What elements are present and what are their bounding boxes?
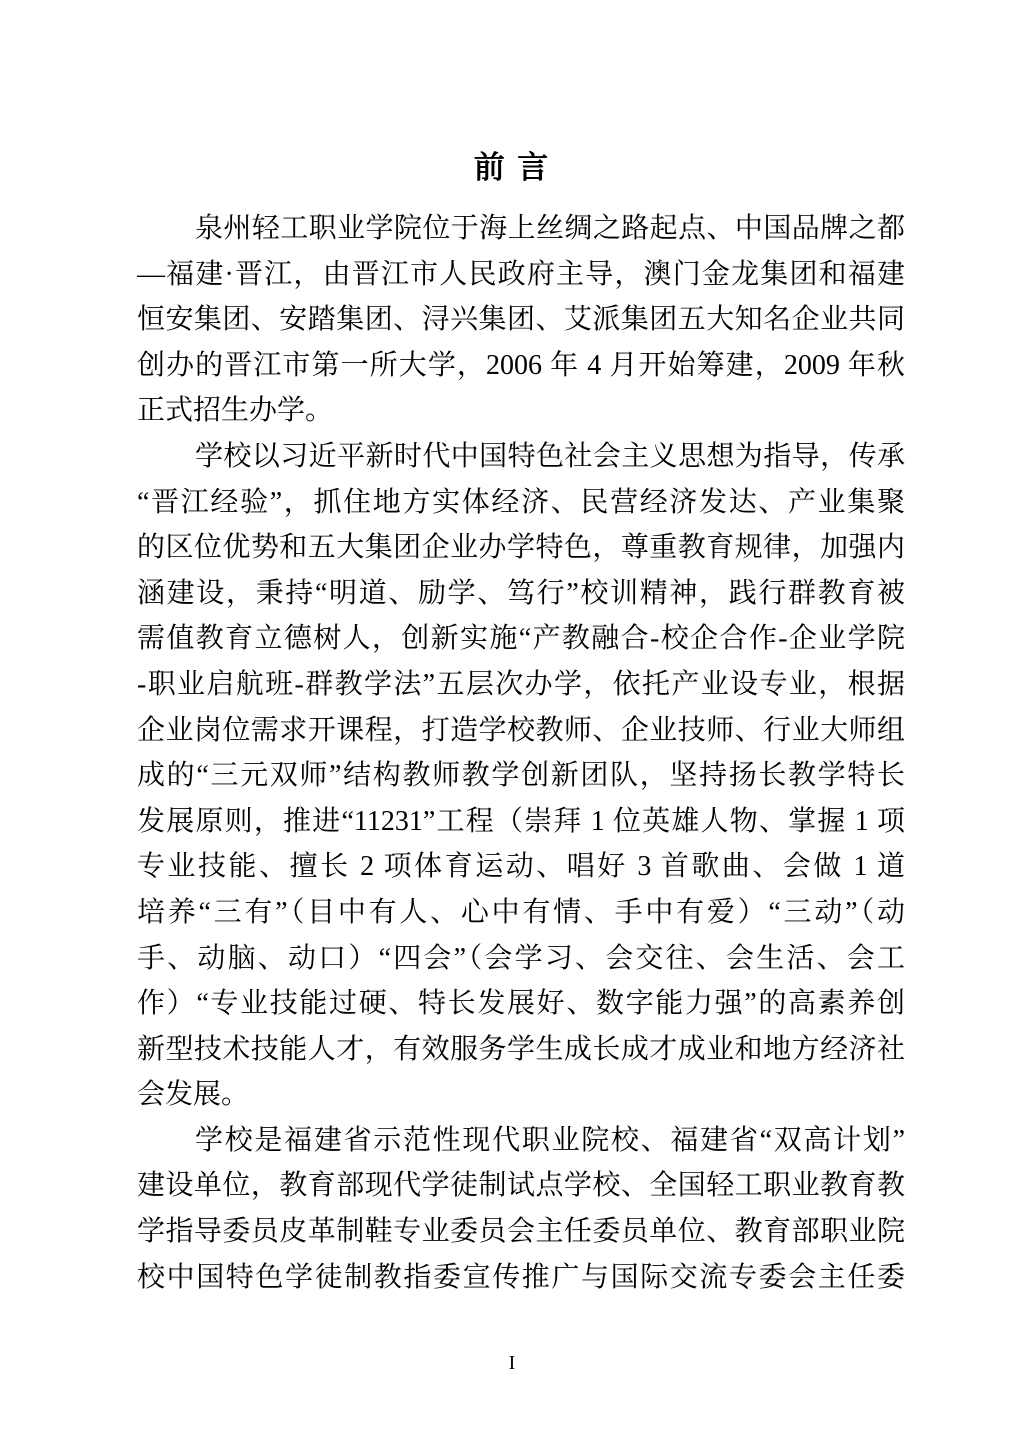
document-page: 前 言 泉州轻工职业学院位于海上丝绸之路起点、中国品牌之都—福建·晋江，由晋江市… — [0, 0, 1024, 1448]
paragraph: 学校以习近平新时代中国特色社会主义思想为指导，传承“晋江经验”，抓住地方实体经济… — [137, 434, 905, 1118]
text-line: 学指导委员皮革制鞋专业委员会主任委员单位、教育部职业院 — [137, 1209, 905, 1255]
text-line: 成的“三元双师”结构教师教学创新团队，坚持扬长教学特长 — [137, 753, 905, 799]
text-line: 创办的晋江市第一所大学，2006 年 4 月开始筹建，2009 年秋季 — [137, 343, 905, 389]
text-line: 泉州轻工职业学院位于海上丝绸之路起点、中国品牌之都 — [137, 206, 905, 252]
text-line: 的区位优势和五大集团企业办学特色，尊重教育规律，加强内 — [137, 525, 905, 571]
text-line: 学校以习近平新时代中国特色社会主义思想为指导，传承 — [137, 434, 905, 480]
text-line: 校中国特色学徒制教指委宣传推广与国际交流专委会主任委 — [137, 1255, 905, 1301]
text-line: 涵建设，秉持“明道、励学、笃行”校训精神，践行群教育被 — [137, 571, 905, 617]
text-line: 正式招生办学。 — [137, 388, 905, 434]
text-line: 专业技能、擅长 2 项体育运动、唱好 3 首歌曲、会做 1 道菜）， — [137, 844, 905, 890]
document-body: 泉州轻工职业学院位于海上丝绸之路起点、中国品牌之都—福建·晋江，由晋江市人民政府… — [137, 206, 905, 1300]
text-line: 会发展。 — [137, 1072, 905, 1118]
text-line: 建设单位，教育部现代学徒制试点学校、全国轻工职业教育教 — [137, 1163, 905, 1209]
page-number: I — [0, 1352, 1024, 1375]
text-line: 新型技术技能人才，有效服务学生成长成才成业和地方经济社 — [137, 1027, 905, 1073]
text-line: 培养“三有”（目中有人、心中有情、手中有爱）“三动”（动 — [137, 890, 905, 936]
paragraph: 泉州轻工职业学院位于海上丝绸之路起点、中国品牌之都—福建·晋江，由晋江市人民政府… — [137, 206, 905, 434]
text-line: 需值教育立德树人，创新实施“产教融合-校企合作-企业学院 — [137, 616, 905, 662]
page-title: 前 言 — [0, 146, 1024, 190]
text-line: 手、动脑、动口）“四会”（会学习、会交往、会生活、会工 — [137, 936, 905, 982]
text-line: —福建·晋江，由晋江市人民政府主导，澳门金龙集团和福建 — [137, 252, 905, 298]
text-line: 学校是福建省示范性现代职业院校、福建省“双高计划” — [137, 1118, 905, 1164]
text-line: 作）“专业技能过硬、特长发展好、数字能力强”的高素养创 — [137, 981, 905, 1027]
text-line: -职业启航班-群教学法”五层次办学，依托产业设专业，根据 — [137, 662, 905, 708]
text-line: 发展原则，推进“11231”工程（崇拜 1 位英雄人物、掌握 1 项 — [137, 799, 905, 845]
text-line: 企业岗位需求开课程，打造学校教师、企业技师、行业大师组 — [137, 708, 905, 754]
text-line: “晋江经验”，抓住地方实体经济、民营经济发达、产业集聚 — [137, 480, 905, 526]
paragraph: 学校是福建省示范性现代职业院校、福建省“双高计划”建设单位，教育部现代学徒制试点… — [137, 1118, 905, 1300]
text-line: 恒安集团、安踏集团、浔兴集团、艾派集团五大知名企业共同 — [137, 297, 905, 343]
